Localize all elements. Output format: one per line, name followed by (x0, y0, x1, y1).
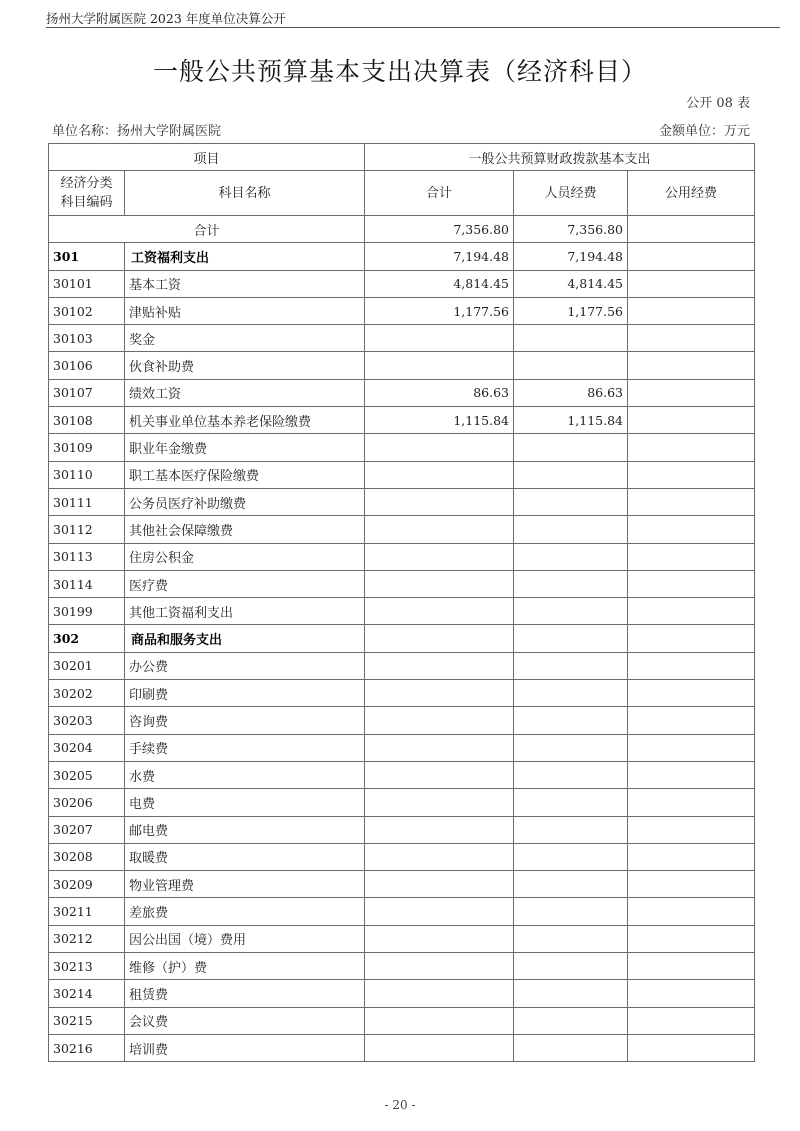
row-personnel (514, 325, 628, 352)
table-row: 30215会议费 (49, 1007, 755, 1034)
row-personnel (514, 598, 628, 625)
row-personnel (514, 680, 628, 707)
row-public (628, 270, 755, 297)
row-name: 邮电费 (125, 816, 365, 843)
row-code: 30212 (49, 925, 125, 952)
row-code: 30111 (49, 488, 125, 515)
row-personnel (514, 980, 628, 1007)
row-personnel (514, 953, 628, 980)
row-public (628, 680, 755, 707)
row-personnel (514, 352, 628, 379)
row-personnel (514, 871, 628, 898)
row-personnel (514, 925, 628, 952)
row-personnel (514, 461, 628, 488)
row-code: 30208 (49, 843, 125, 870)
header-code: 经济分类 科目编码 (49, 171, 125, 216)
table-row: 30110职工基本医疗保险缴费 (49, 461, 755, 488)
row-personnel (514, 898, 628, 925)
row-personnel (514, 707, 628, 734)
row-public (628, 1034, 755, 1061)
row-code: 30109 (49, 434, 125, 461)
row-total: 86.63 (365, 379, 514, 406)
running-header: 扬州大学附属医院 2023 年度单位决算公开 (46, 9, 286, 27)
row-code: 30101 (49, 270, 125, 297)
header-group: 一般公共预算财政拨款基本支出 (365, 144, 755, 171)
row-name: 机关事业单位基本养老保险缴费 (125, 407, 365, 434)
table-row: 30203咨询费 (49, 707, 755, 734)
row-code: 302 (49, 625, 125, 652)
row-code: 30213 (49, 953, 125, 980)
row-total (365, 843, 514, 870)
total-public (628, 216, 755, 243)
row-total (365, 1007, 514, 1034)
row-public (628, 734, 755, 761)
row-personnel (514, 761, 628, 788)
row-personnel: 4,814.45 (514, 270, 628, 297)
table-number: 公开 08 表 (686, 92, 750, 111)
row-public (628, 707, 755, 734)
row-public (628, 570, 755, 597)
row-name: 取暖费 (125, 843, 365, 870)
row-personnel: 7,194.48 (514, 243, 628, 270)
row-personnel (514, 434, 628, 461)
row-code: 30110 (49, 461, 125, 488)
row-code: 30205 (49, 761, 125, 788)
row-public (628, 816, 755, 843)
row-public (628, 898, 755, 925)
header-total: 合计 (365, 171, 514, 216)
row-public (628, 980, 755, 1007)
row-total (365, 871, 514, 898)
row-code: 30203 (49, 707, 125, 734)
row-total: 1,177.56 (365, 297, 514, 324)
row-personnel (514, 625, 628, 652)
row-name: 手续费 (125, 734, 365, 761)
row-personnel (514, 1034, 628, 1061)
row-public (628, 1007, 755, 1034)
expenditure-table: 项目 一般公共预算财政拨款基本支出 经济分类 科目编码 科目名称 合计 人员经费… (48, 143, 755, 1062)
row-code: 30113 (49, 543, 125, 570)
row-public (628, 379, 755, 406)
row-total: 1,115.84 (365, 407, 514, 434)
header-personnel: 人员经费 (514, 171, 628, 216)
row-name: 维修（护）费 (125, 953, 365, 980)
table-row: 30207邮电费 (49, 816, 755, 843)
row-name: 工资福利支出 (125, 243, 365, 270)
row-personnel: 86.63 (514, 379, 628, 406)
row-total (365, 543, 514, 570)
row-name: 基本工资 (125, 270, 365, 297)
row-public (628, 871, 755, 898)
row-code: 30206 (49, 789, 125, 816)
row-personnel (514, 734, 628, 761)
table-row: 30211差旅费 (49, 898, 755, 925)
row-code: 30102 (49, 297, 125, 324)
row-public (628, 925, 755, 952)
row-personnel (514, 1007, 628, 1034)
row-total (365, 516, 514, 543)
row-total (365, 461, 514, 488)
row-name: 公务员医疗补助缴费 (125, 488, 365, 515)
total-amount: 7,356.80 (365, 216, 514, 243)
header-row-2: 经济分类 科目编码 科目名称 合计 人员经费 公用经费 (49, 171, 755, 216)
row-code: 30215 (49, 1007, 125, 1034)
row-total (365, 488, 514, 515)
row-name: 培训费 (125, 1034, 365, 1061)
row-code: 30209 (49, 871, 125, 898)
header-code-line2: 科目编码 (53, 193, 120, 212)
table-row: 30102津贴补贴1,177.561,177.56 (49, 297, 755, 324)
row-name: 其他社会保障缴费 (125, 516, 365, 543)
unit-name: 单位名称：扬州大学附属医院 (52, 120, 221, 139)
table-row: 30107绩效工资86.6386.63 (49, 379, 755, 406)
row-total (365, 625, 514, 652)
table-row: 30101基本工资4,814.454,814.45 (49, 270, 755, 297)
row-code: 30207 (49, 816, 125, 843)
row-name: 津贴补贴 (125, 297, 365, 324)
row-public (628, 516, 755, 543)
row-name: 其他工资福利支出 (125, 598, 365, 625)
row-public (628, 297, 755, 324)
category-row: 302商品和服务支出 (49, 625, 755, 652)
row-name: 职业年金缴费 (125, 434, 365, 461)
row-total (365, 789, 514, 816)
page-number: - 20 - (0, 1098, 800, 1112)
row-code: 30214 (49, 980, 125, 1007)
row-total (365, 680, 514, 707)
table-row: 30201办公费 (49, 652, 755, 679)
row-total (365, 325, 514, 352)
table-row: 30206电费 (49, 789, 755, 816)
total-personnel: 7,356.80 (514, 216, 628, 243)
row-name: 绩效工资 (125, 379, 365, 406)
row-personnel (514, 816, 628, 843)
row-total: 7,194.48 (365, 243, 514, 270)
row-code: 30112 (49, 516, 125, 543)
row-total (365, 707, 514, 734)
row-name: 印刷费 (125, 680, 365, 707)
row-name: 电费 (125, 789, 365, 816)
header-name: 科目名称 (125, 171, 365, 216)
row-total (365, 980, 514, 1007)
row-public (628, 407, 755, 434)
row-public (628, 434, 755, 461)
row-total (365, 734, 514, 761)
row-total (365, 352, 514, 379)
row-public (628, 488, 755, 515)
total-label: 合计 (49, 216, 365, 243)
row-name: 住房公积金 (125, 543, 365, 570)
table-row: 30106伙食补助费 (49, 352, 755, 379)
table-row: 30205水费 (49, 761, 755, 788)
row-public (628, 625, 755, 652)
row-code: 30114 (49, 570, 125, 597)
table-row: 30112其他社会保障缴费 (49, 516, 755, 543)
row-personnel (514, 543, 628, 570)
row-public (628, 953, 755, 980)
table-row: 30214租赁费 (49, 980, 755, 1007)
row-total (365, 570, 514, 597)
row-total (365, 434, 514, 461)
row-name: 因公出国（境）费用 (125, 925, 365, 952)
row-code: 30201 (49, 652, 125, 679)
row-code: 301 (49, 243, 125, 270)
row-name: 商品和服务支出 (125, 625, 365, 652)
row-name: 会议费 (125, 1007, 365, 1034)
row-code: 30202 (49, 680, 125, 707)
row-code: 30106 (49, 352, 125, 379)
table-row: 30108机关事业单位基本养老保险缴费1,115.841,115.84 (49, 407, 755, 434)
row-personnel (514, 570, 628, 597)
row-name: 水费 (125, 761, 365, 788)
row-personnel (514, 789, 628, 816)
row-code: 30199 (49, 598, 125, 625)
row-name: 咨询费 (125, 707, 365, 734)
row-public (628, 789, 755, 816)
category-row: 301工资福利支出7,194.487,194.48 (49, 243, 755, 270)
header-code-line1: 经济分类 (53, 174, 120, 193)
table-row: 30216培训费 (49, 1034, 755, 1061)
table-row: 30109职业年金缴费 (49, 434, 755, 461)
row-total: 4,814.45 (365, 270, 514, 297)
row-total (365, 761, 514, 788)
table-row: 30113住房公积金 (49, 543, 755, 570)
header-rule (46, 27, 780, 28)
row-public (628, 325, 755, 352)
row-personnel: 1,177.56 (514, 297, 628, 324)
row-code: 30204 (49, 734, 125, 761)
total-row: 合计 7,356.80 7,356.80 (49, 216, 755, 243)
table-row: 30204手续费 (49, 734, 755, 761)
row-public (628, 843, 755, 870)
row-personnel (514, 843, 628, 870)
row-name: 差旅费 (125, 898, 365, 925)
row-total (365, 898, 514, 925)
row-name: 租赁费 (125, 980, 365, 1007)
row-public (628, 243, 755, 270)
row-personnel (514, 652, 628, 679)
table-row: 30213维修（护）费 (49, 953, 755, 980)
row-code: 30108 (49, 407, 125, 434)
row-personnel: 1,115.84 (514, 407, 628, 434)
row-name: 伙食补助费 (125, 352, 365, 379)
row-total (365, 925, 514, 952)
page-title: 一般公共预算基本支出决算表（经济科目） (0, 52, 800, 88)
row-public (628, 352, 755, 379)
table-row: 30212因公出国（境）费用 (49, 925, 755, 952)
row-code: 30103 (49, 325, 125, 352)
row-public (628, 543, 755, 570)
row-personnel (514, 488, 628, 515)
row-public (628, 761, 755, 788)
table-row: 30202印刷费 (49, 680, 755, 707)
row-code: 30107 (49, 379, 125, 406)
header-public: 公用经费 (628, 171, 755, 216)
row-code: 30216 (49, 1034, 125, 1061)
amount-unit: 金额单位：万元 (659, 120, 750, 139)
row-total (365, 953, 514, 980)
table-row: 30208取暖费 (49, 843, 755, 870)
row-name: 物业管理费 (125, 871, 365, 898)
row-personnel (514, 516, 628, 543)
row-total (365, 598, 514, 625)
row-public (628, 652, 755, 679)
row-name: 办公费 (125, 652, 365, 679)
row-public (628, 461, 755, 488)
row-public (628, 598, 755, 625)
table-row: 30199其他工资福利支出 (49, 598, 755, 625)
row-name: 职工基本医疗保险缴费 (125, 461, 365, 488)
header-project: 项目 (49, 144, 365, 171)
table-row: 30103奖金 (49, 325, 755, 352)
table-row: 30114医疗费 (49, 570, 755, 597)
header-row-1: 项目 一般公共预算财政拨款基本支出 (49, 144, 755, 171)
row-total (365, 1034, 514, 1061)
table-row: 30209物业管理费 (49, 871, 755, 898)
row-name: 奖金 (125, 325, 365, 352)
row-total (365, 816, 514, 843)
row-name: 医疗费 (125, 570, 365, 597)
table-row: 30111公务员医疗补助缴费 (49, 488, 755, 515)
row-total (365, 652, 514, 679)
row-code: 30211 (49, 898, 125, 925)
